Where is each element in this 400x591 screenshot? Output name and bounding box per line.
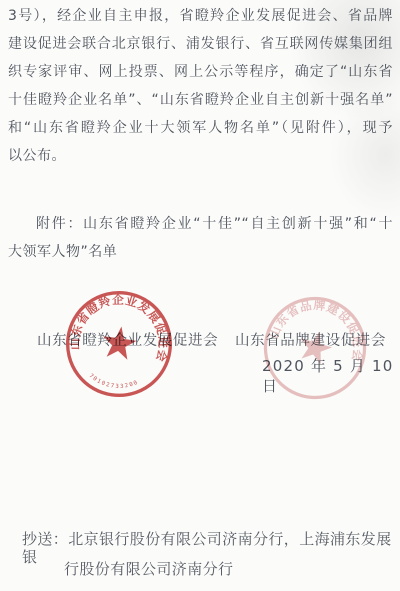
seal-gazelle-association: 山东省瞪羚企业发展促进会 3701027332002 (56, 281, 182, 407)
body-line: 和“山东省瞪羚企业十大领军人物名单”（见附件），现予 (8, 114, 393, 142)
body-paragraph: 3号），经企业自主申报，省瞪羚企业发展促进会、省品牌 建设促进会联合北京银行、浦… (8, 2, 393, 170)
star-icon (100, 324, 138, 360)
cc-line: 行股份有限公司济南分行 (64, 560, 233, 578)
body-line: 建设促进会联合北京银行、浦发银行、省互联网传媒集团组 (8, 30, 393, 58)
document-page: 3号），经企业自主申报，省瞪羚企业发展促进会、省品牌 建设促进会联合北京银行、浦… (0, 0, 400, 591)
body-line: 织专家评审、网上投票、网上公示等程序，确定了“山东省 (8, 58, 393, 86)
attachment-line: 附件：山东省瞪羚企业“十佳”“自主创新十强”和“十 (8, 210, 393, 238)
body-line: 以公布。 (8, 142, 393, 170)
attachment-note: 附件：山东省瞪羚企业“十佳”“自主创新十强”和“十 大领军人物”名单 (8, 210, 393, 266)
body-line: 3号），经企业自主申报，省瞪羚企业发展促进会、省品牌 (8, 2, 393, 30)
attachment-line: 大领军人物”名单 (8, 238, 393, 266)
body-line: 十佳瞪羚企业名单”、“山东省瞪羚企业自主创新十强名单” (8, 86, 393, 114)
star-icon (296, 327, 336, 366)
